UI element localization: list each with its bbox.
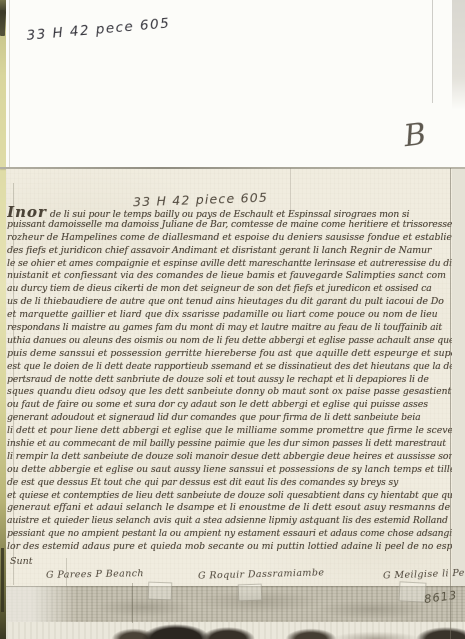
manuscript-initial: Inor [7, 206, 47, 219]
closing-word: Sunt [10, 556, 33, 567]
manuscript-line: uthia danues ou aleuns des oismis ou nom… [7, 335, 452, 348]
letter-b-mark: B [402, 117, 428, 154]
sheet-edge-vertical-line [432, 0, 433, 103]
manuscript-line: puis deme sanssui et possession gerritte… [7, 348, 452, 361]
manuscript-line: respondans li maistre au games fam du mo… [7, 322, 452, 335]
manuscript-line: rozheur de Hampelines come de diallesman… [7, 232, 452, 245]
film-strip-dark-mark-top [0, 10, 5, 36]
manuscript-line: pessiant que no ampient pestant la ou am… [7, 528, 452, 541]
manuscript-line: pertsraud de notte dett sanbriute de dou… [7, 374, 452, 387]
manuscript-line: auistre et quieder lieus selanch avis qu… [7, 515, 452, 528]
scan-right-shade [452, 0, 465, 110]
seal-tag [238, 584, 263, 602]
manuscript-line: us de li thiebaudiere de autre que ont t… [7, 296, 452, 309]
manuscript-line: des fiefs et juridicon chief assavoir An… [7, 245, 452, 258]
manuscript-line: lor des estemid adaus pure et quieda mob… [7, 541, 452, 554]
manuscript-line: generant adoudout et signeraud lid dur c… [7, 412, 452, 425]
manuscript-line: nuistanit et confiessant via des comande… [7, 270, 452, 283]
manuscript-line: le se ohier et ames compaignie et espins… [7, 258, 452, 271]
fold-crease [132, 583, 133, 623]
manuscript-line: et marquette gaillier et liard que dix s… [7, 309, 452, 322]
manuscript-line: de est que dessus Et tout che qui par de… [7, 477, 452, 490]
manuscript-line: inshie et au commecant de mil bailly pes… [7, 438, 452, 451]
bottom-blot-strip [6, 622, 465, 639]
manuscript-line-text: de li sui pour le temps bailly ou pays d… [50, 209, 409, 219]
seal-tag [148, 582, 173, 601]
manuscript-text: Inorde li sui pour le temps bailly ou pa… [7, 206, 452, 554]
manuscript-line: generaut effani et adaui selanch le dsam… [7, 502, 452, 515]
photocopy-page: 33 H 42 pece 605 B 33 H 42 piece 605 Ino… [0, 0, 465, 639]
manuscript-line: et quiese et contempties de lieu dett sa… [7, 490, 452, 503]
manuscript-line: Inorde li sui pour le temps bailly ou pa… [7, 206, 452, 219]
film-strip-dark-mark-bottom [1, 548, 4, 612]
manuscript-line: li dett et pour liene dett abbergi et eg… [7, 425, 452, 438]
manuscript-line: li rempir la dett sanbeiute de douze sol… [7, 451, 452, 464]
manuscript-line: est que le doien de li dett deate rappor… [7, 361, 452, 374]
manuscript-line: sques quandu dieu odsoy que les dett san… [7, 386, 452, 399]
manuscript-line: ou dette abbergie et eglise ou saut auss… [7, 464, 452, 477]
parchment-right-edge-line [450, 168, 451, 639]
manuscript-line: ou faut de faire ou some et sura dor cy … [7, 399, 452, 412]
manuscript-line: puissant damoisselle ma damoiss Juliane … [7, 219, 452, 232]
manuscript-line: au durcy tiem de dieus cikerti de mon de… [7, 283, 452, 296]
signature-left: G Parees P Beanch [46, 568, 144, 581]
fold-band [6, 586, 465, 624]
